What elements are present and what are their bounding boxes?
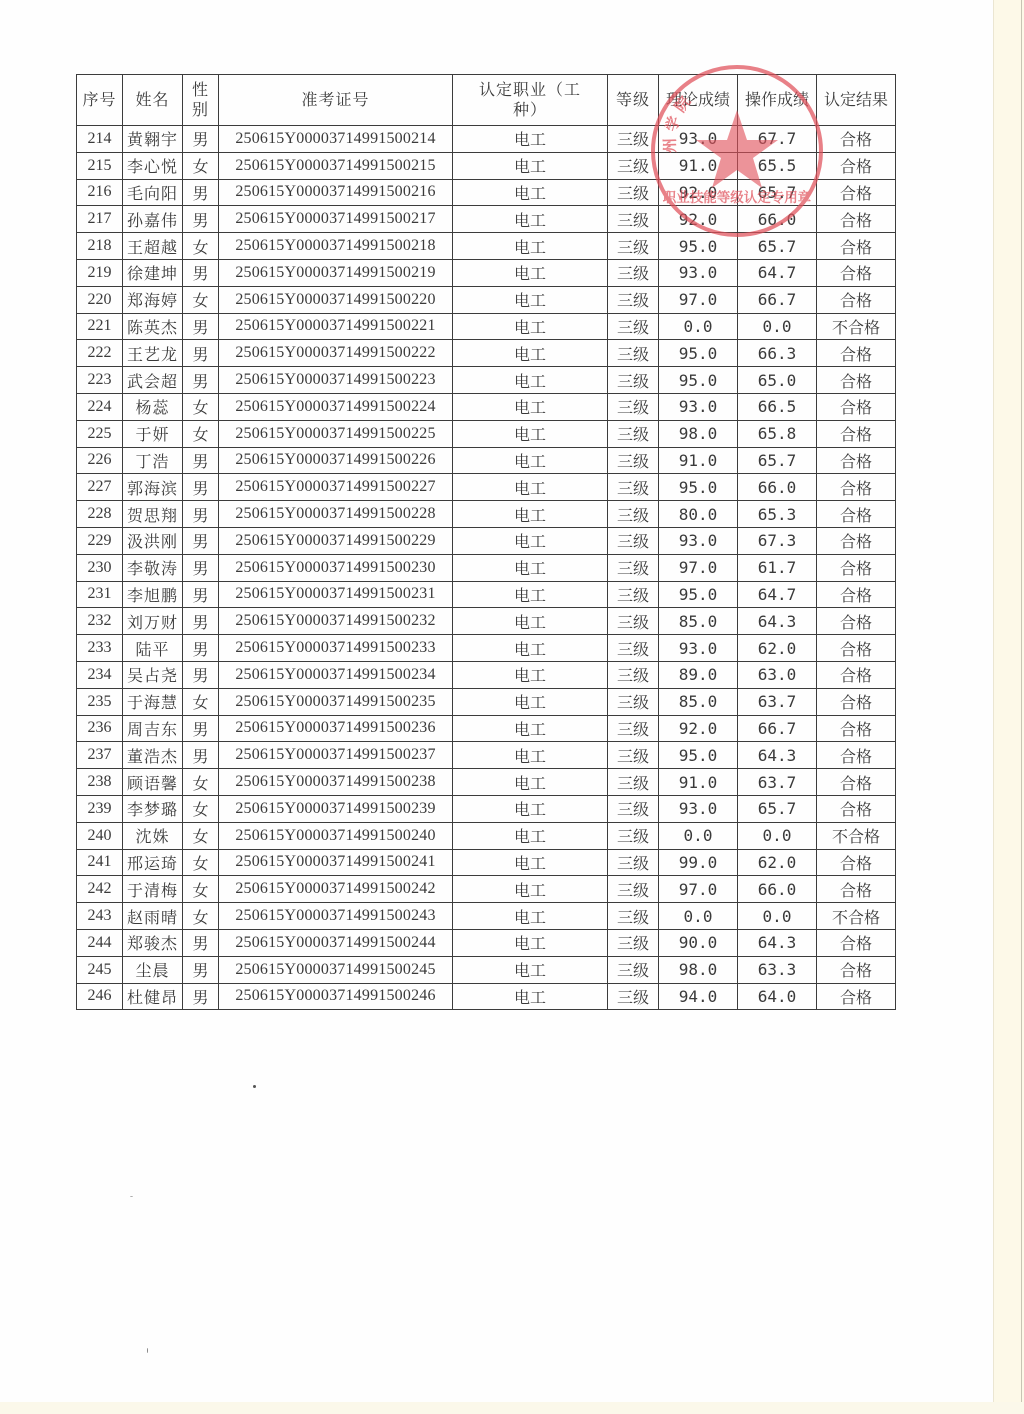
table-row: 245尘晨男250615Y00003714991500245电工三级98.063…	[77, 956, 896, 983]
table-row: 231李旭鹏男250615Y00003714991500231电工三级95.06…	[77, 581, 896, 608]
cell-ticket-no: 250615Y00003714991500237	[219, 742, 453, 769]
cell-theory-score: 92.0	[659, 206, 738, 233]
cell-practice-score: 65.7	[738, 179, 817, 206]
cell-occupation: 电工	[453, 956, 608, 983]
cell-name: 杜健昂	[123, 983, 183, 1010]
cell-level: 三级	[608, 233, 659, 260]
cell-ticket-no: 250615Y00003714991500246	[219, 983, 453, 1010]
cell-ticket-no: 250615Y00003714991500241	[219, 849, 453, 876]
cell-practice-score: 63.0	[738, 661, 817, 688]
cell-serial-no: 230	[77, 554, 123, 581]
cell-gender: 男	[183, 956, 219, 983]
cell-level: 三级	[608, 795, 659, 822]
cell-practice-score: 66.3	[738, 340, 817, 367]
cell-theory-score: 95.0	[659, 340, 738, 367]
cell-gender: 男	[183, 313, 219, 340]
cell-gender: 男	[183, 661, 219, 688]
table-row: 246杜健昂男250615Y00003714991500246电工三级94.06…	[77, 983, 896, 1010]
cell-name: 吴占尧	[123, 661, 183, 688]
cell-occupation: 电工	[453, 769, 608, 796]
cell-ticket-no: 250615Y00003714991500231	[219, 581, 453, 608]
cell-name: 赵雨晴	[123, 903, 183, 930]
cell-occupation: 电工	[453, 367, 608, 394]
cell-name: 郑海婷	[123, 286, 183, 313]
cell-name: 李敬涛	[123, 554, 183, 581]
cell-occupation: 电工	[453, 206, 608, 233]
cell-occupation: 电工	[453, 126, 608, 153]
cell-level: 三级	[608, 608, 659, 635]
cell-theory-score: 0.0	[659, 903, 738, 930]
cell-serial-no: 222	[77, 340, 123, 367]
cell-ticket-no: 250615Y00003714991500243	[219, 903, 453, 930]
cell-practice-score: 65.8	[738, 420, 817, 447]
cell-theory-score: 91.0	[659, 152, 738, 179]
cell-level: 三级	[608, 742, 659, 769]
cell-occupation: 电工	[453, 179, 608, 206]
cell-name: 李旭鹏	[123, 581, 183, 608]
cell-serial-no: 241	[77, 849, 123, 876]
table-row: 229汲洪刚男250615Y00003714991500229电工三级93.06…	[77, 527, 896, 554]
cell-theory-score: 89.0	[659, 661, 738, 688]
header-name: 姓名	[123, 75, 183, 126]
table-row: 241邢运琦女250615Y00003714991500241电工三级99.06…	[77, 849, 896, 876]
cell-result: 合格	[817, 206, 896, 233]
cell-occupation: 电工	[453, 715, 608, 742]
cell-ticket-no: 250615Y00003714991500221	[219, 313, 453, 340]
cell-result: 不合格	[817, 903, 896, 930]
cell-result: 合格	[817, 447, 896, 474]
cell-name: 汲洪刚	[123, 527, 183, 554]
cell-name: 贺思翔	[123, 501, 183, 528]
table-row: 224杨蕊女250615Y00003714991500224电工三级93.066…	[77, 393, 896, 420]
cell-practice-score: 66.0	[738, 876, 817, 903]
cell-ticket-no: 250615Y00003714991500236	[219, 715, 453, 742]
cell-name: 郑骏杰	[123, 929, 183, 956]
table-row: 218王超越女250615Y00003714991500218电工三级95.06…	[77, 233, 896, 260]
table-row: 232刘万财男250615Y00003714991500232电工三级85.06…	[77, 608, 896, 635]
cell-gender: 男	[183, 367, 219, 394]
cell-ticket-no: 250615Y00003714991500239	[219, 795, 453, 822]
cell-name: 徐建坤	[123, 259, 183, 286]
cell-serial-no: 238	[77, 769, 123, 796]
table-row: 237董浩杰男250615Y00003714991500237电工三级95.06…	[77, 742, 896, 769]
cell-ticket-no: 250615Y00003714991500224	[219, 393, 453, 420]
cell-level: 三级	[608, 929, 659, 956]
cell-ticket-no: 250615Y00003714991500235	[219, 688, 453, 715]
cell-theory-score: 0.0	[659, 313, 738, 340]
cell-level: 三级	[608, 688, 659, 715]
cell-occupation: 电工	[453, 447, 608, 474]
table-row: 216毛向阳男250615Y00003714991500216电工三级92.06…	[77, 179, 896, 206]
cell-practice-score: 66.5	[738, 393, 817, 420]
cell-ticket-no: 250615Y00003714991500238	[219, 769, 453, 796]
cell-ticket-no: 250615Y00003714991500222	[219, 340, 453, 367]
cell-serial-no: 239	[77, 795, 123, 822]
cell-practice-score: 0.0	[738, 903, 817, 930]
cell-theory-score: 80.0	[659, 501, 738, 528]
cell-theory-score: 91.0	[659, 769, 738, 796]
cell-ticket-no: 250615Y00003714991500225	[219, 420, 453, 447]
scanned-page-edge	[993, 0, 1024, 1414]
table-row: 240沈姝女250615Y00003714991500240电工三级0.00.0…	[77, 822, 896, 849]
table-row: 219徐建坤男250615Y00003714991500219电工三级93.06…	[77, 259, 896, 286]
cell-occupation: 电工	[453, 501, 608, 528]
cell-theory-score: 90.0	[659, 929, 738, 956]
cell-gender: 女	[183, 286, 219, 313]
cell-serial-no: 215	[77, 152, 123, 179]
cell-name: 李梦璐	[123, 795, 183, 822]
cell-result: 不合格	[817, 313, 896, 340]
cell-ticket-no: 250615Y00003714991500244	[219, 929, 453, 956]
cell-result: 合格	[817, 527, 896, 554]
cell-ticket-no: 250615Y00003714991500234	[219, 661, 453, 688]
header-level: 等级	[608, 75, 659, 126]
cell-level: 三级	[608, 393, 659, 420]
cell-serial-no: 246	[77, 983, 123, 1010]
cell-level: 三级	[608, 340, 659, 367]
table-row: 230李敬涛男250615Y00003714991500230电工三级97.06…	[77, 554, 896, 581]
cell-gender: 男	[183, 929, 219, 956]
cell-result: 合格	[817, 635, 896, 662]
cell-theory-score: 98.0	[659, 420, 738, 447]
cell-level: 三级	[608, 661, 659, 688]
cell-serial-no: 220	[77, 286, 123, 313]
cell-ticket-no: 250615Y00003714991500233	[219, 635, 453, 662]
cell-ticket-no: 250615Y00003714991500240	[219, 822, 453, 849]
cell-practice-score: 67.3	[738, 527, 817, 554]
cell-level: 三级	[608, 286, 659, 313]
cell-serial-no: 232	[77, 608, 123, 635]
cell-practice-score: 63.3	[738, 956, 817, 983]
cell-serial-no: 228	[77, 501, 123, 528]
header-practice-score: 操作成绩	[738, 75, 817, 126]
cell-gender: 男	[183, 340, 219, 367]
table-row: 228贺思翔男250615Y00003714991500228电工三级80.06…	[77, 501, 896, 528]
cell-level: 三级	[608, 983, 659, 1010]
cell-level: 三级	[608, 903, 659, 930]
cell-practice-score: 62.0	[738, 849, 817, 876]
cell-practice-score: 64.3	[738, 742, 817, 769]
cell-occupation: 电工	[453, 742, 608, 769]
cell-occupation: 电工	[453, 152, 608, 179]
cell-gender: 女	[183, 233, 219, 260]
table-row: 236周吉东男250615Y00003714991500236电工三级92.06…	[77, 715, 896, 742]
cell-gender: 女	[183, 822, 219, 849]
cell-result: 合格	[817, 715, 896, 742]
cell-level: 三级	[608, 581, 659, 608]
cell-name: 董浩杰	[123, 742, 183, 769]
cell-practice-score: 64.7	[738, 259, 817, 286]
cell-gender: 男	[183, 259, 219, 286]
cell-occupation: 电工	[453, 474, 608, 501]
header-serial-no: 序号	[77, 75, 123, 126]
cell-ticket-no: 250615Y00003714991500242	[219, 876, 453, 903]
cell-name: 李心悦	[123, 152, 183, 179]
cell-occupation: 电工	[453, 849, 608, 876]
cell-name: 杨蕊	[123, 393, 183, 420]
cell-theory-score: 95.0	[659, 581, 738, 608]
cell-serial-no: 219	[77, 259, 123, 286]
cell-gender: 男	[183, 474, 219, 501]
table-row: 226丁浩男250615Y00003714991500226电工三级91.065…	[77, 447, 896, 474]
cell-practice-score: 65.7	[738, 447, 817, 474]
cell-serial-no: 244	[77, 929, 123, 956]
cell-name: 陆平	[123, 635, 183, 662]
cell-level: 三级	[608, 501, 659, 528]
cell-level: 三级	[608, 367, 659, 394]
cell-ticket-no: 250615Y00003714991500232	[219, 608, 453, 635]
cell-practice-score: 0.0	[738, 313, 817, 340]
cell-gender: 男	[183, 447, 219, 474]
cell-ticket-no: 250615Y00003714991500217	[219, 206, 453, 233]
cell-serial-no: 226	[77, 447, 123, 474]
table-row: 223武会超男250615Y00003714991500223电工三级95.06…	[77, 367, 896, 394]
cell-gender: 女	[183, 393, 219, 420]
cell-theory-score: 95.0	[659, 742, 738, 769]
cell-occupation: 电工	[453, 822, 608, 849]
cell-gender: 男	[183, 635, 219, 662]
cell-level: 三级	[608, 126, 659, 153]
cell-name: 周吉东	[123, 715, 183, 742]
cell-gender: 男	[183, 742, 219, 769]
cell-practice-score: 64.3	[738, 929, 817, 956]
table-row: 221陈英杰男250615Y00003714991500221电工三级0.00.…	[77, 313, 896, 340]
cell-theory-score: 95.0	[659, 233, 738, 260]
table-row: 234吴占尧男250615Y00003714991500234电工三级89.06…	[77, 661, 896, 688]
cell-result: 合格	[817, 554, 896, 581]
cell-serial-no: 216	[77, 179, 123, 206]
cell-result: 合格	[817, 929, 896, 956]
cell-theory-score: 85.0	[659, 688, 738, 715]
cell-level: 三级	[608, 635, 659, 662]
table-row: 227郭海滨男250615Y00003714991500227电工三级95.06…	[77, 474, 896, 501]
cell-theory-score: 97.0	[659, 876, 738, 903]
cell-level: 三级	[608, 527, 659, 554]
header-gender: 性别	[183, 75, 219, 126]
cell-practice-score: 65.5	[738, 152, 817, 179]
cell-name: 陈英杰	[123, 313, 183, 340]
certification-results-table: 序号 姓名 性别 准考证号 认定职业（工种） 等级 理论成绩 操作成绩 认定结果…	[76, 74, 896, 1010]
table-header-row: 序号 姓名 性别 准考证号 认定职业（工种） 等级 理论成绩 操作成绩 认定结果	[77, 75, 896, 126]
cell-theory-score: 93.0	[659, 635, 738, 662]
cell-serial-no: 240	[77, 822, 123, 849]
cell-serial-no: 214	[77, 126, 123, 153]
cell-result: 合格	[817, 367, 896, 394]
scanned-page-bottom-edge	[0, 1402, 1024, 1414]
scan-speck	[147, 1348, 148, 1353]
cell-occupation: 电工	[453, 688, 608, 715]
cell-name: 王艺龙	[123, 340, 183, 367]
cell-theory-score: 93.0	[659, 126, 738, 153]
cell-result: 合格	[817, 501, 896, 528]
cell-ticket-no: 250615Y00003714991500227	[219, 474, 453, 501]
cell-theory-score: 95.0	[659, 474, 738, 501]
cell-practice-score: 0.0	[738, 822, 817, 849]
cell-gender: 男	[183, 179, 219, 206]
cell-result: 合格	[817, 233, 896, 260]
cell-level: 三级	[608, 420, 659, 447]
cell-occupation: 电工	[453, 608, 608, 635]
cell-name: 丁浩	[123, 447, 183, 474]
cell-name: 顾语馨	[123, 769, 183, 796]
cell-occupation: 电工	[453, 340, 608, 367]
cell-occupation: 电工	[453, 233, 608, 260]
cell-ticket-no: 250615Y00003714991500214	[219, 126, 453, 153]
cell-result: 合格	[817, 795, 896, 822]
header-theory-score: 理论成绩	[659, 75, 738, 126]
cell-occupation: 电工	[453, 795, 608, 822]
cell-gender: 女	[183, 152, 219, 179]
cell-theory-score: 93.0	[659, 527, 738, 554]
cell-gender: 女	[183, 876, 219, 903]
cell-occupation: 电工	[453, 581, 608, 608]
cell-level: 三级	[608, 179, 659, 206]
cell-level: 三级	[608, 822, 659, 849]
cell-occupation: 电工	[453, 259, 608, 286]
table-row: 238顾语馨女250615Y00003714991500238电工三级91.06…	[77, 769, 896, 796]
cell-theory-score: 92.0	[659, 715, 738, 742]
cell-ticket-no: 250615Y00003714991500228	[219, 501, 453, 528]
cell-occupation: 电工	[453, 286, 608, 313]
cell-occupation: 电工	[453, 527, 608, 554]
cell-occupation: 电工	[453, 983, 608, 1010]
cell-result: 合格	[817, 286, 896, 313]
header-result: 认定结果	[817, 75, 896, 126]
cell-practice-score: 66.7	[738, 715, 817, 742]
cell-serial-no: 224	[77, 393, 123, 420]
cell-theory-score: 95.0	[659, 367, 738, 394]
cell-gender: 女	[183, 903, 219, 930]
cell-occupation: 电工	[453, 929, 608, 956]
cell-practice-score: 66.0	[738, 474, 817, 501]
cell-gender: 男	[183, 715, 219, 742]
cell-serial-no: 229	[77, 527, 123, 554]
cell-gender: 男	[183, 608, 219, 635]
cell-practice-score: 67.7	[738, 126, 817, 153]
cell-level: 三级	[608, 313, 659, 340]
cell-theory-score: 0.0	[659, 822, 738, 849]
cell-practice-score: 66.7	[738, 286, 817, 313]
cell-name: 尘晨	[123, 956, 183, 983]
cell-ticket-no: 250615Y00003714991500218	[219, 233, 453, 260]
cell-name: 刘万财	[123, 608, 183, 635]
cell-level: 三级	[608, 769, 659, 796]
cell-serial-no: 231	[77, 581, 123, 608]
cell-serial-no: 237	[77, 742, 123, 769]
cell-gender: 男	[183, 126, 219, 153]
cell-serial-no: 225	[77, 420, 123, 447]
cell-name: 武会超	[123, 367, 183, 394]
cell-result: 合格	[817, 769, 896, 796]
cell-serial-no: 245	[77, 956, 123, 983]
cell-result: 合格	[817, 849, 896, 876]
cell-result: 合格	[817, 688, 896, 715]
cell-gender: 女	[183, 420, 219, 447]
cell-gender: 男	[183, 501, 219, 528]
cell-serial-no: 234	[77, 661, 123, 688]
cell-occupation: 电工	[453, 420, 608, 447]
cell-serial-no: 243	[77, 903, 123, 930]
cell-occupation: 电工	[453, 876, 608, 903]
header-ticket-no: 准考证号	[219, 75, 453, 126]
cell-serial-no: 223	[77, 367, 123, 394]
cell-occupation: 电工	[453, 554, 608, 581]
cell-gender: 女	[183, 795, 219, 822]
cell-theory-score: 91.0	[659, 447, 738, 474]
cell-level: 三级	[608, 152, 659, 179]
cell-practice-score: 65.0	[738, 367, 817, 394]
cell-gender: 男	[183, 206, 219, 233]
cell-theory-score: 93.0	[659, 259, 738, 286]
cell-ticket-no: 250615Y00003714991500215	[219, 152, 453, 179]
cell-practice-score: 66.0	[738, 206, 817, 233]
cell-theory-score: 92.0	[659, 179, 738, 206]
cell-serial-no: 218	[77, 233, 123, 260]
cell-result: 合格	[817, 152, 896, 179]
cell-name: 孙嘉伟	[123, 206, 183, 233]
cell-name: 黄翱宇	[123, 126, 183, 153]
cell-level: 三级	[608, 554, 659, 581]
cell-level: 三级	[608, 474, 659, 501]
cell-result: 合格	[817, 393, 896, 420]
cell-serial-no: 221	[77, 313, 123, 340]
cell-name: 于妍	[123, 420, 183, 447]
cell-gender: 男	[183, 983, 219, 1010]
cell-ticket-no: 250615Y00003714991500245	[219, 956, 453, 983]
table-row: 242于清梅女250615Y00003714991500242电工三级97.06…	[77, 876, 896, 903]
cell-name: 沈姝	[123, 822, 183, 849]
cell-practice-score: 63.7	[738, 688, 817, 715]
cell-name: 毛向阳	[123, 179, 183, 206]
cell-result: 合格	[817, 581, 896, 608]
cell-name: 于海慧	[123, 688, 183, 715]
cell-occupation: 电工	[453, 313, 608, 340]
cell-occupation: 电工	[453, 903, 608, 930]
cell-result: 合格	[817, 608, 896, 635]
cell-practice-score: 64.7	[738, 581, 817, 608]
cell-ticket-no: 250615Y00003714991500226	[219, 447, 453, 474]
cell-theory-score: 97.0	[659, 554, 738, 581]
cell-theory-score: 94.0	[659, 983, 738, 1010]
cell-serial-no: 217	[77, 206, 123, 233]
table-row: 214黄翱宇男250615Y00003714991500214电工三级93.06…	[77, 126, 896, 153]
cell-ticket-no: 250615Y00003714991500220	[219, 286, 453, 313]
cell-ticket-no: 250615Y00003714991500223	[219, 367, 453, 394]
cell-gender: 男	[183, 527, 219, 554]
scan-speck	[253, 1085, 256, 1088]
cell-theory-score: 97.0	[659, 286, 738, 313]
cell-result: 合格	[817, 126, 896, 153]
table-row: 244郑骏杰男250615Y00003714991500244电工三级90.06…	[77, 929, 896, 956]
table-row: 215李心悦女250615Y00003714991500215电工三级91.06…	[77, 152, 896, 179]
cell-practice-score: 62.0	[738, 635, 817, 662]
cell-occupation: 电工	[453, 661, 608, 688]
cell-ticket-no: 250615Y00003714991500229	[219, 527, 453, 554]
cell-name: 于清梅	[123, 876, 183, 903]
cell-name: 邢运琦	[123, 849, 183, 876]
table-row: 243赵雨晴女250615Y00003714991500243电工三级0.00.…	[77, 903, 896, 930]
cell-gender: 男	[183, 554, 219, 581]
table-row: 233陆平男250615Y00003714991500233电工三级93.062…	[77, 635, 896, 662]
cell-result: 合格	[817, 259, 896, 286]
cell-ticket-no: 250615Y00003714991500219	[219, 259, 453, 286]
header-occupation: 认定职业（工种）	[453, 75, 608, 126]
table-row: 225于妍女250615Y00003714991500225电工三级98.065…	[77, 420, 896, 447]
cell-practice-score: 65.3	[738, 501, 817, 528]
cell-theory-score: 93.0	[659, 393, 738, 420]
table-row: 222王艺龙男250615Y00003714991500222电工三级95.06…	[77, 340, 896, 367]
table-body: 214黄翱宇男250615Y00003714991500214电工三级93.06…	[77, 126, 896, 1010]
